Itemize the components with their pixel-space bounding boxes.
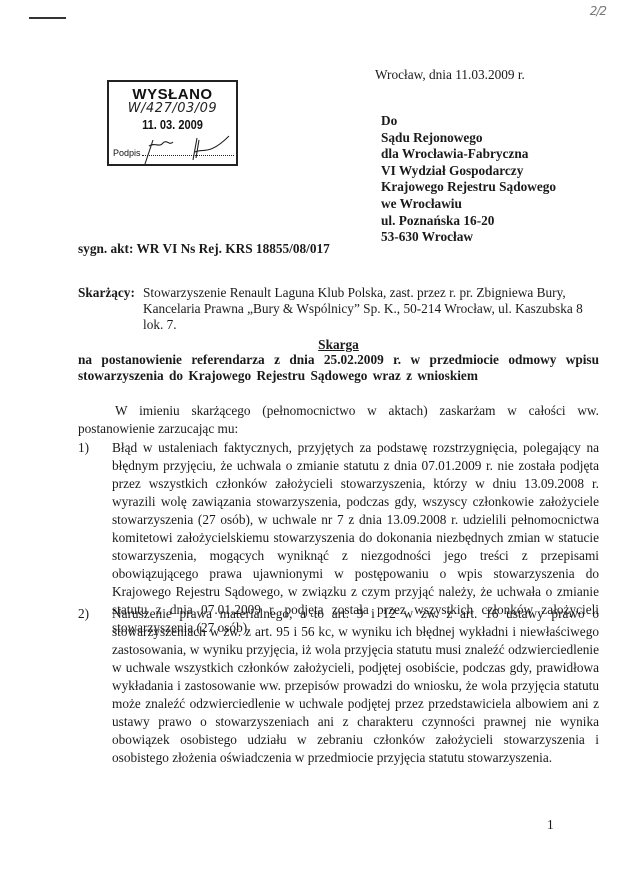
list-item-number: 1) [78,439,89,457]
addressee-line: Do [381,113,556,130]
document-subtitle: na postanowienie referendarza z dnia 25.… [78,352,599,384]
addressee-line: VI Wydział Gospodarczy [381,163,556,180]
addressee-line: Krajowego Rejestru Sądowego [381,179,556,196]
place-and-date: Wrocław, dnia 11.03.2009 r. [375,67,525,83]
complainant-label: Skarżący: [78,285,135,301]
addressee-line: ul. Poznańska 16-20 [381,213,556,230]
top-margin-dash [29,17,66,19]
stamp-signature-label: Podpis [113,148,141,158]
list-item-text: Naruszenie prawa materialnego, a to art.… [112,605,599,767]
document-title: Skarga [78,337,599,353]
addressee-line: we Wrocławiu [381,196,556,213]
addressee-line: dla Wrocławia-Fabryczna [381,146,556,163]
sent-stamp: WYSŁANO W/427/03/09 11. 03. 2009 Podpis [107,80,238,166]
page-mark-handwritten: 2/2 [590,4,606,18]
list-item-number: 2) [78,605,89,623]
stamp-handwritten-ref: W/427/03/09 [109,102,236,116]
complainant-text: Stowarzyszenie Renault Laguna Klub Polsk… [143,285,598,333]
stamp-title: WYSŁANO [109,87,236,102]
addressee-block: Do Sądu Rejonowego dla Wrocławia-Fabrycz… [381,113,556,246]
page-number: 1 [547,817,554,833]
stamp-date: 11. 03. 2009 [119,116,227,133]
list-item: 2) Naruszenie prawa materialnego, a to a… [78,605,599,767]
addressee-line: Sądu Rejonowego [381,130,556,147]
case-number: sygn. akt: WR VI Ns Rej. KRS 18855/08/01… [78,241,330,257]
intro-paragraph: W imieniu skarżącego (pełnomocnictwo w a… [78,402,599,438]
signature-scribble-icon [139,134,234,168]
addressee-line: 53-630 Wrocław [381,229,556,246]
